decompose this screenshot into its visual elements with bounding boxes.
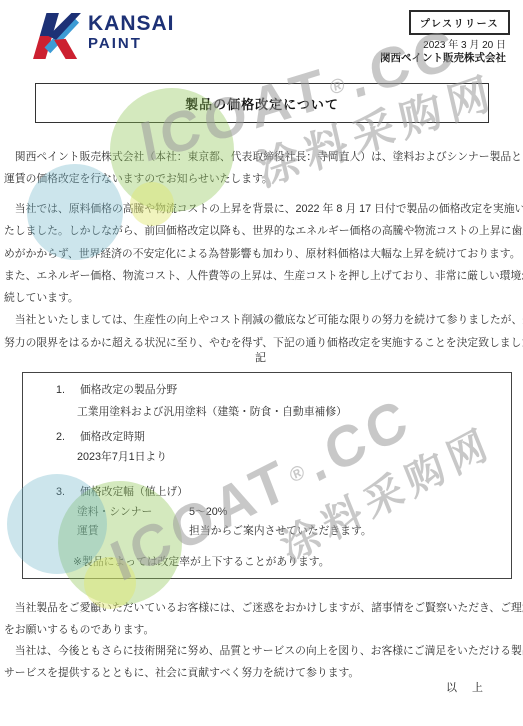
item-2-heading-row: 2. 価格改定時期 [56, 427, 145, 447]
item-3-heading-row: 3. 価格改定幅（値上げ） [56, 482, 188, 502]
company-name: 関西ペイント販売株式会社 [380, 50, 506, 65]
row-freight-value: 担当からご案内させていただきます。 [189, 525, 372, 537]
text-line: 関西ペイント販売株式会社（本社：東京都、代表取締役社長：寺岡直人）は、塗料および… [4, 146, 522, 168]
brand-paint: PAINT [88, 36, 175, 51]
notice-note: ※製品によっては改定率が上下することがあります。 [73, 552, 330, 572]
item-3-row-freight: 運賃 担当からご案内させていただきます。 [77, 521, 372, 541]
item-1-heading: 価格改定の製品分野 [80, 384, 177, 396]
press-release-badge: プレスリリース [409, 10, 510, 35]
kansai-k-mark-icon [33, 13, 81, 59]
row-freight-label: 運賃 [77, 521, 186, 541]
text-line: 当社製品をご愛顧いただいているお客様には、ご迷惑をおかけしますが、諸事情をご賢察… [4, 598, 523, 620]
kansai-paint-logo: KANSAI PAINT [33, 13, 175, 59]
paragraph-background: 当社では、原料価格の高騰や物流コストの上昇を背景に、2022 年 8 月 17 … [4, 198, 523, 354]
title-box: 製品の価格改定について [35, 83, 489, 123]
item-1-heading-row: 1. 価格改定の製品分野 [56, 380, 177, 400]
paragraph-intro: 関西ペイント販売株式会社（本社：東京都、代表取締役社長：寺岡直人）は、塗料および… [4, 146, 522, 190]
row-paint-label: 塗料・シンナー [77, 502, 186, 522]
text-line: 当社は、今後ともさらに技術開発に努め、品質とサービスの向上を図り、お客様にご満足… [4, 641, 523, 663]
item-3-heading: 価格改定幅（値上げ） [80, 486, 188, 498]
page-title: 製品の価格改定について [185, 94, 339, 113]
item-2-content: 2023年7月1日より [77, 447, 167, 467]
text-line: をお願いするものであります。 [4, 620, 523, 642]
row-paint-value: 5～20% [189, 506, 227, 518]
item-1-number: 1. [56, 380, 77, 400]
release-date: 2023 年 3 月 20 日 [423, 36, 506, 51]
press-release-label: プレスリリース [420, 15, 499, 30]
text-line: 当社では、原料価格の高騰や物流コストの上昇を背景に、2022 年 8 月 17 … [4, 198, 523, 220]
item-3-row-paint: 塗料・シンナー 5～20% [77, 502, 227, 522]
text-line: たしました。しかしながら、前回価格改定以降も、世界的なエネルギー価格の高騰や物流… [4, 220, 523, 242]
text-line: 続しています。 [4, 287, 523, 309]
closing-sign: 以 上 [446, 679, 485, 695]
item-3-number: 3. [56, 482, 77, 502]
text-line: 当社といたしましては、生産性の向上やコスト削減の徹底など可能な限りの努力を続けて… [4, 309, 523, 331]
brand-kansai: KANSAI [88, 13, 175, 34]
item-2-heading: 価格改定時期 [80, 431, 145, 443]
notice-box: 1. 価格改定の製品分野 工業用塗料および汎用塗料（建築・防食・自動車補修） 2… [22, 372, 512, 579]
text-line: また、エネルギー価格、物流コスト、人件費等の上昇は、生産コストを押し上げており、… [4, 265, 523, 287]
press-release-page: KANSAI PAINT プレスリリース 2023 年 3 月 20 日 関西ペ… [0, 0, 523, 726]
record-label: 記 [0, 348, 523, 368]
text-line: めがかからず、世界経済の不安定化による為替影響も加わり、原材料価格は大幅な上昇を… [4, 243, 523, 265]
closing-paragraph: 当社製品をご愛顧いただいているお客様には、ご迷惑をおかけしますが、諸事情をご賢察… [4, 598, 523, 684]
brand-wordmark: KANSAI PAINT [88, 13, 175, 51]
item-2-number: 2. [56, 427, 77, 447]
text-line: 運賃の価格改定を行ないますのでお知らせいたします。 [4, 168, 522, 190]
item-1-content: 工業用塗料および汎用塗料（建築・防食・自動車補修） [77, 402, 347, 422]
